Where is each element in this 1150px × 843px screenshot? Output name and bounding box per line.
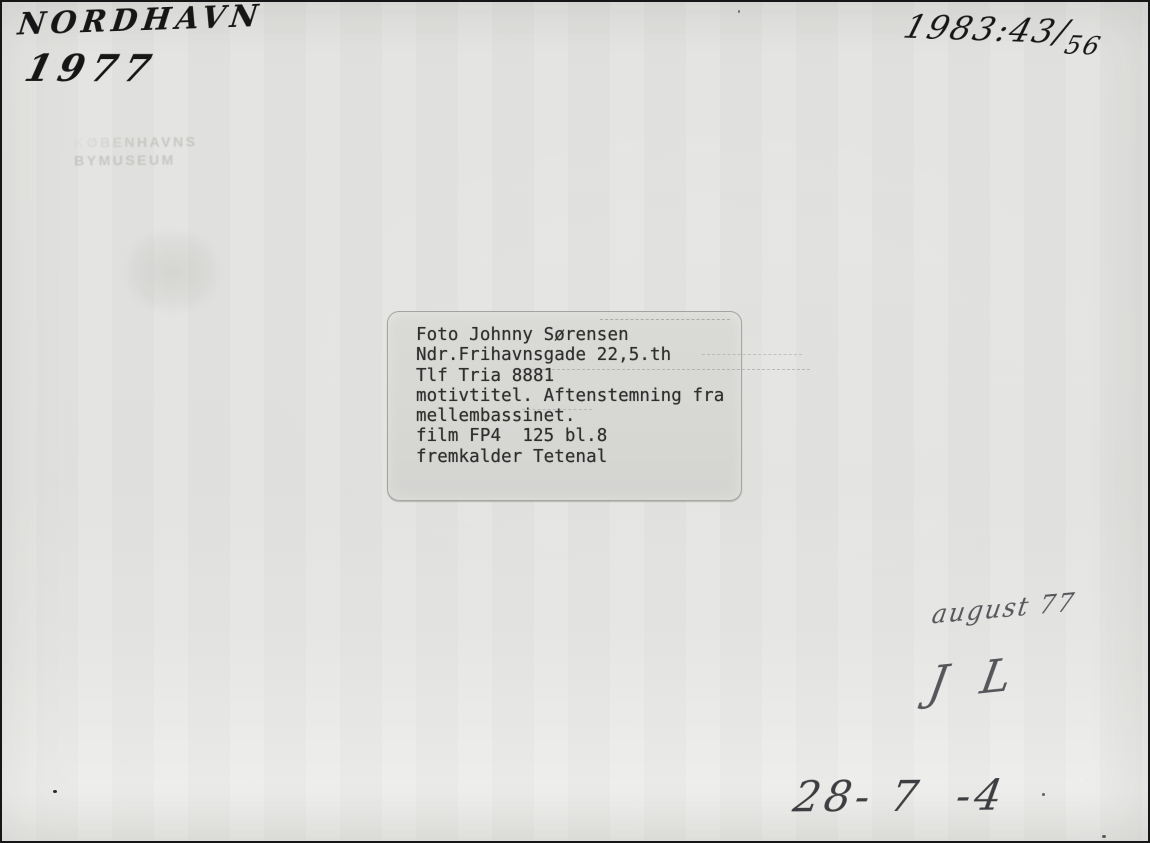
museum-stamp-line1: KØBENHAVNS bbox=[74, 132, 198, 151]
pencil-dash-artifact bbox=[702, 354, 802, 355]
label-line-developer: fremkalder Tetenal bbox=[416, 447, 741, 467]
pencil-negative-number: 28- 7 -4 bbox=[790, 771, 1010, 822]
pencil-dash-artifact bbox=[522, 369, 810, 370]
label-line-address: Ndr.Frihavnsgade 22,5.th bbox=[416, 345, 741, 365]
photo-back-scan: NORDHAVN 1977 1983:43/56 KØBENHAVNS BYMU… bbox=[0, 0, 1150, 843]
label-line-motif-title: motivtitel. Aftenstemning fra bbox=[416, 386, 741, 406]
museum-stamp: KØBENHAVNS BYMUSEUM bbox=[74, 132, 198, 169]
archive-number-main: 1983:43/ bbox=[900, 7, 1075, 51]
label-line-film: film FP4 125 bl.8 bbox=[416, 426, 741, 446]
pencil-initials: J L bbox=[924, 647, 1025, 711]
pencil-date-note: august 77 bbox=[930, 587, 1078, 629]
handwritten-year: 1977 bbox=[21, 46, 163, 90]
handwritten-location: NORDHAVN bbox=[16, 0, 265, 42]
paper-stain bbox=[107, 214, 237, 329]
paper-speck bbox=[53, 790, 57, 793]
pencil-dash-artifact bbox=[522, 409, 592, 410]
label-line-photographer: Foto Johnny Sørensen bbox=[416, 325, 741, 345]
paper-speck bbox=[1102, 835, 1106, 838]
paper-speck bbox=[738, 10, 740, 13]
archive-number-denominator: 56 bbox=[1061, 30, 1105, 60]
pencil-dash-artifact bbox=[600, 319, 730, 320]
museum-stamp-line2: BYMUSEUM bbox=[74, 150, 198, 169]
handwritten-archive-number: 1983:43/56 bbox=[900, 7, 1111, 53]
typed-photographer-label: Foto Johnny Sørensen Ndr.Frihavnsgade 22… bbox=[387, 311, 742, 501]
paper-speck bbox=[1042, 793, 1045, 796]
